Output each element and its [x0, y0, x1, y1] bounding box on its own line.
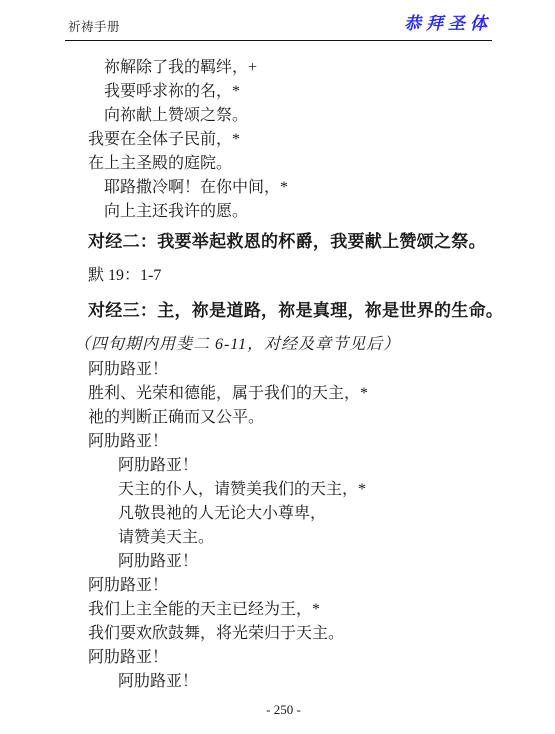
- canticle-line: 我们上主全能的天主已经为王，*: [88, 598, 508, 622]
- canticle-line: 胜利、光荣和德能，属于我们的天主，*: [88, 382, 508, 406]
- canticle-line: 阿肋路亚！: [88, 430, 508, 454]
- canticle-line: 阿肋路亚！: [88, 454, 508, 478]
- psalm-line: 祢解除了我的羁绊，+: [88, 56, 508, 80]
- canticle-line: 祂的判断正确而又公平。: [88, 406, 508, 430]
- running-header-book-title: 祈祷手册: [68, 20, 120, 35]
- canticle-line: 我们要欢欣鼓舞，将光荣归于天主。: [88, 622, 508, 646]
- document-page: 祈祷手册 恭拜圣体 祢解除了我的羁绊，+ 我要呼求祢的名，* 向祢献上赞颂之祭。…: [0, 0, 555, 734]
- canticle-line: 阿肋路亚！: [88, 574, 508, 598]
- page-number: - 250 -: [70, 702, 497, 718]
- psalm-line: 向祢献上赞颂之祭。: [88, 104, 508, 128]
- canticle-line: 阿肋路亚！: [88, 550, 508, 574]
- psalm-line: 我要呼求祢的名，*: [88, 80, 508, 104]
- psalm-line: 向上主还我许的愿。: [88, 200, 508, 224]
- psalm-line: 我要在全体子民前，*: [88, 128, 508, 152]
- antiphon-2-heading: 对经二：我要举起救恩的杯爵，我要献上赞颂之祭。: [88, 229, 508, 255]
- canticle-line: 天主的仆人，请赞美我们的天主，*: [88, 478, 508, 502]
- rubric-note: （四旬期内用斐二 6-11，对经及章节见后）: [74, 333, 508, 357]
- psalm-reference: 默 19：1-7: [88, 264, 508, 288]
- running-header-section-title: 恭拜圣体: [404, 13, 492, 35]
- psalm-line: 在上主圣殿的庭院。: [88, 152, 508, 176]
- canticle-line: 阿肋路亚！: [88, 646, 508, 670]
- page-body: 祢解除了我的羁绊，+ 我要呼求祢的名，* 向祢献上赞颂之祭。 我要在全体子民前，…: [88, 56, 508, 694]
- header-rule: [65, 40, 492, 42]
- canticle-line: 阿肋路亚！: [88, 358, 508, 382]
- canticle-line: 阿肋路亚！: [88, 670, 508, 694]
- canticle-line: 凡敬畏祂的人无论大小尊卑，: [88, 502, 508, 526]
- antiphon-3-heading: 对经三：主，祢是道路，祢是真理，祢是世界的生命。: [88, 298, 508, 324]
- canticle-line: 请赞美天主。: [88, 526, 508, 550]
- psalm-line: 耶路撒冷啊！在你中间，*: [88, 176, 508, 200]
